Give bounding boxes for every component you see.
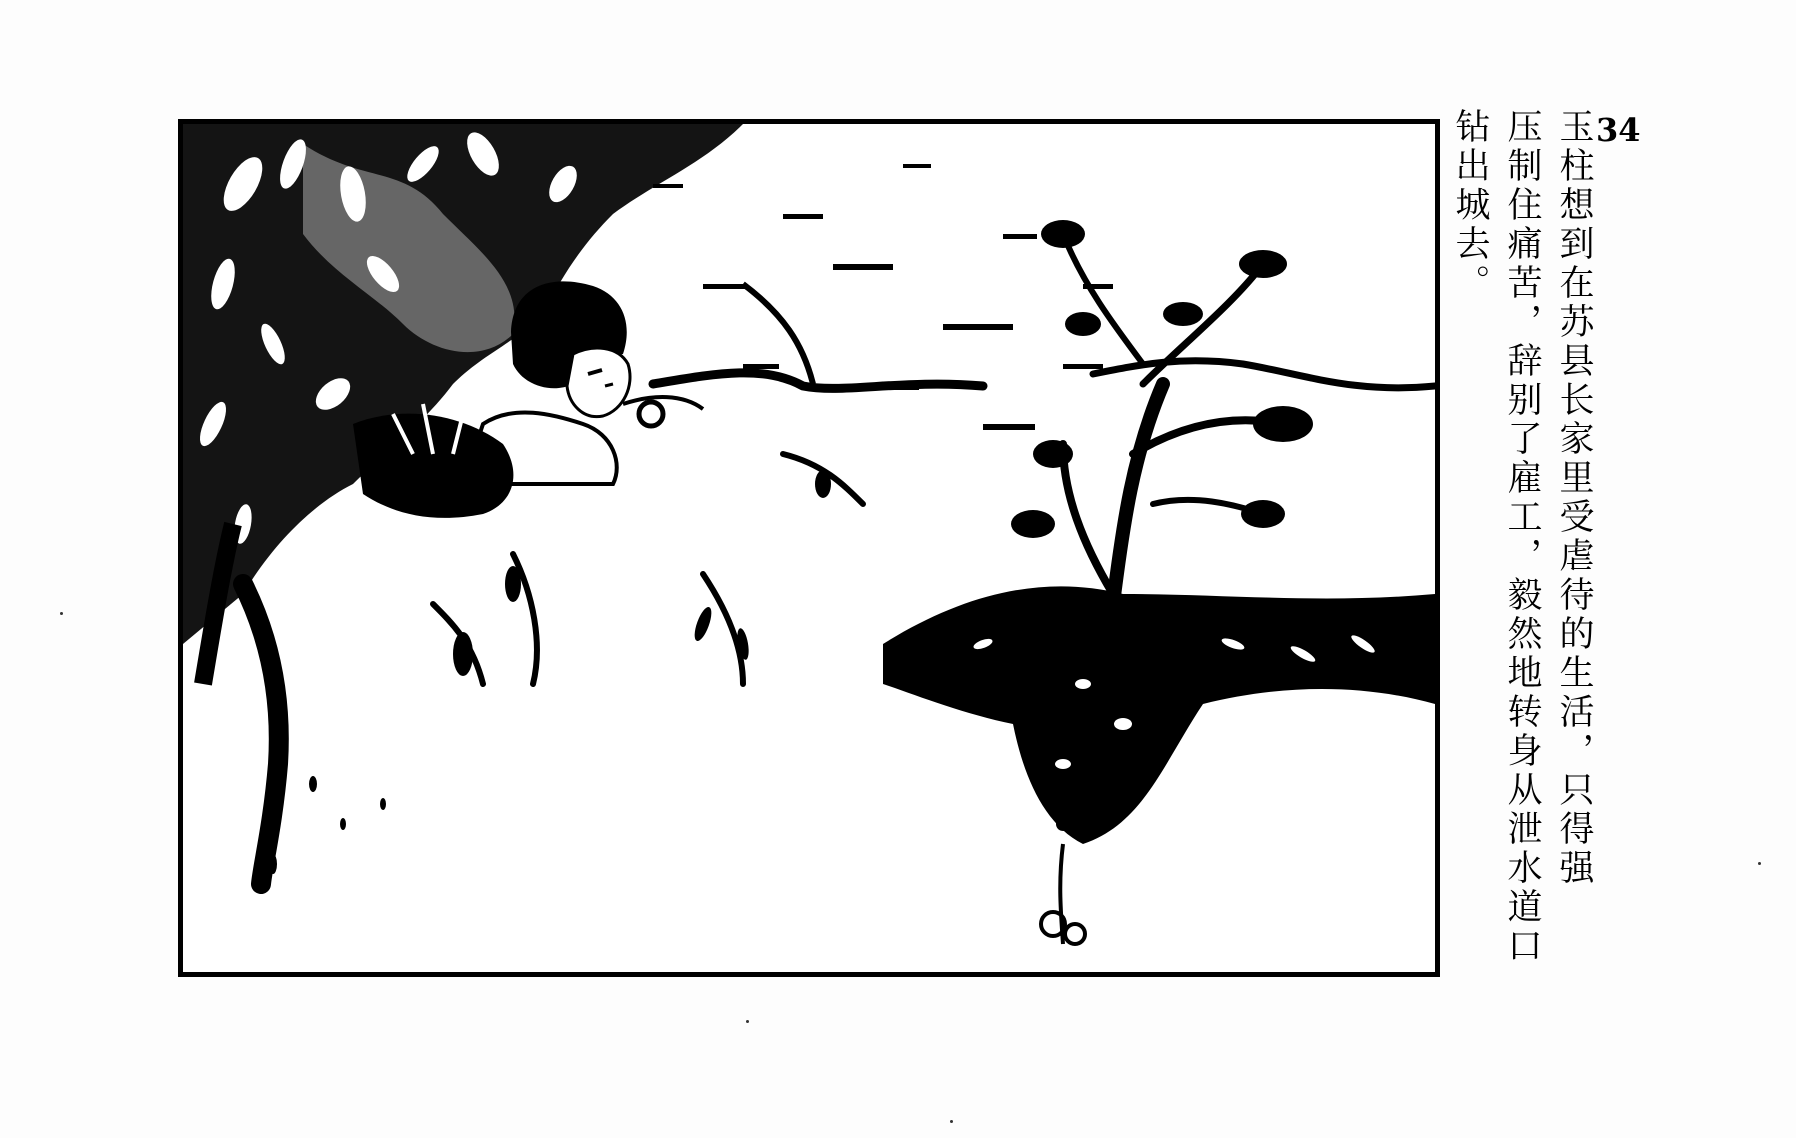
scan-speck xyxy=(950,1120,953,1123)
caption: 34 玉柱想到在苏县长家里受虐待的生活，只得强 压制住痛苦，辞别了雇工，毅然地转… xyxy=(1448,108,1640,1008)
caption-text-2: 压制住痛苦，辞别了雇工，毅然地转身从泄水道口 xyxy=(1502,108,1542,966)
book-page: 34 玉柱想到在苏县长家里受虐待的生活，只得强 压制住痛苦，辞别了雇工，毅然地转… xyxy=(0,0,1796,1138)
illustration-frame xyxy=(178,119,1440,977)
panel-number: 34 xyxy=(1596,108,1640,152)
caption-column-3: 钻出城去。 xyxy=(1448,108,1492,1008)
caption-text-1: 玉柱想到在苏县长家里受虐待的生活，只得强 xyxy=(1554,108,1594,888)
caption-column-1: 34 玉柱想到在苏县长家里受虐待的生活，只得强 xyxy=(1552,108,1640,1008)
illustration xyxy=(183,124,1435,972)
caption-column-2: 压制住痛苦，辞别了雇工，毅然地转身从泄水道口 xyxy=(1500,108,1544,1008)
scan-speck xyxy=(60,612,63,615)
scan-speck xyxy=(1758,862,1761,865)
scan-speck xyxy=(746,1020,749,1023)
caption-text-3: 钻出城去。 xyxy=(1450,108,1490,303)
